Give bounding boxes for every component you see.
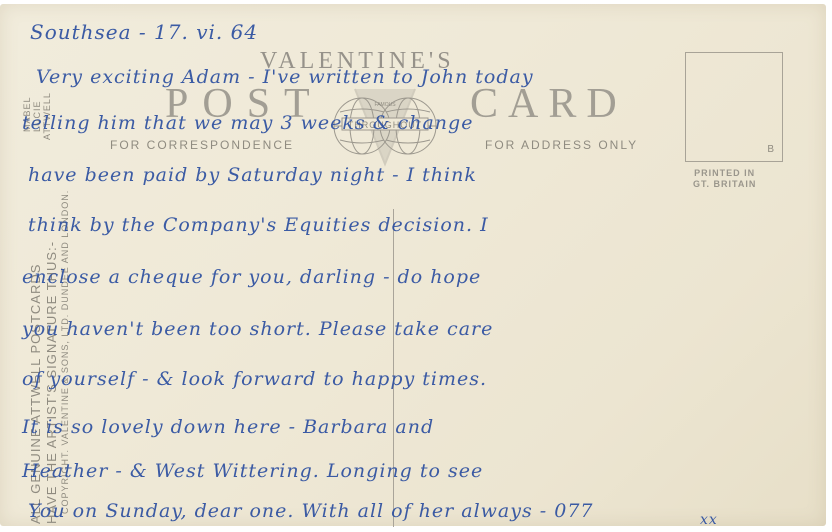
handwritten-line: telling him that we may 3 weeks & change — [22, 112, 473, 134]
printed-in-line2: GT. BRITAIN — [693, 179, 756, 190]
correspondence-label: FOR CORRESPONDENCE — [110, 138, 294, 152]
handwritten-line: You on Sunday, dear one. With all of her… — [28, 500, 594, 522]
printed-in-label: PRINTED IN GT. BRITAIN — [693, 168, 756, 190]
printed-in-line1: PRINTED IN — [693, 168, 756, 179]
handwritten-line: Southsea - 17. vi. 64 — [30, 20, 258, 44]
vertical-text-genuine: ALL GENUINE ATTWELL POSTCARDS — [28, 264, 43, 524]
handwritten-line: It is so lovely down here - Barbara and — [22, 416, 434, 438]
handwritten-signoff: xx — [700, 512, 718, 528]
handwritten-line: think by the Company's Equities decision… — [28, 214, 489, 236]
svg-text:FAMOUS: FAMOUS — [374, 102, 396, 108]
stamp-box: B — [685, 52, 783, 162]
handwritten-line: of yourself - & look forward to happy ti… — [22, 368, 487, 390]
handwritten-line: have been paid by Saturday night - I thi… — [28, 164, 477, 186]
stamp-letter: B — [767, 144, 774, 155]
handwritten-line: Heather - & West Wittering. Longing to s… — [22, 460, 483, 482]
handwritten-line: you haven't been too short. Please take … — [22, 318, 493, 340]
address-label: FOR ADDRESS ONLY — [485, 138, 638, 152]
handwritten-line: enclose a cheque for you, darling - do h… — [22, 266, 481, 288]
handwritten-line: Very exciting Adam - I've written to Joh… — [36, 66, 534, 88]
postcard-back: VALENTINE'S POST CARD THROUGHOUT FAMOUS … — [0, 4, 826, 526]
